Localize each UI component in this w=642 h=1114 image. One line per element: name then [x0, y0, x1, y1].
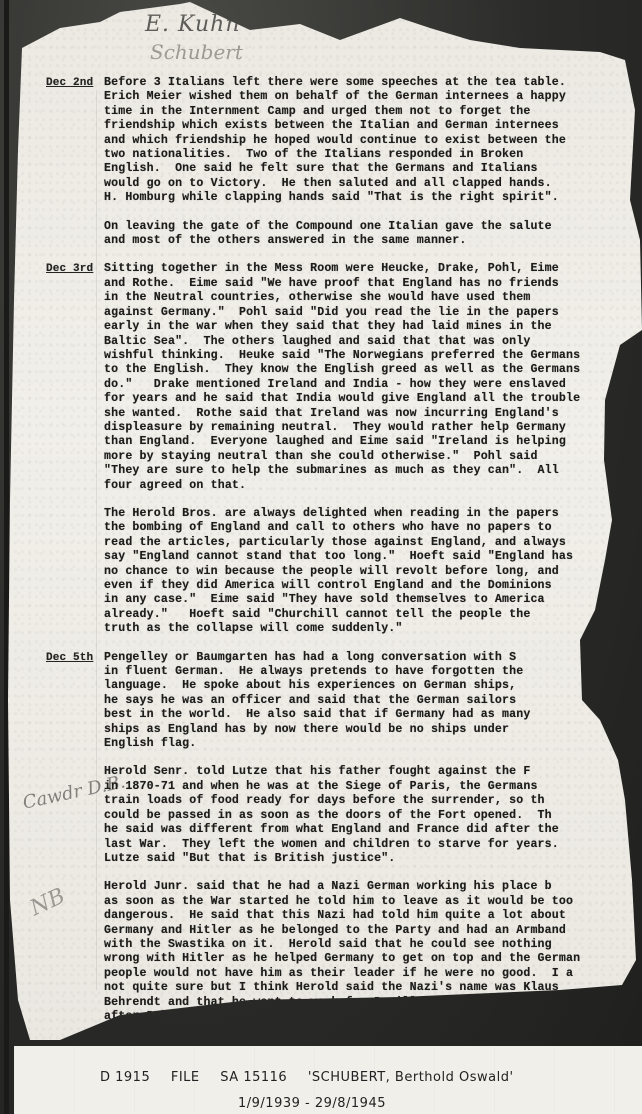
file-card-line-1: D 1915 FILE SA 15116 'SCHUBERT, Berthold… — [100, 1070, 530, 1085]
diary-entry: Dec 2ndBefore 3 Italians left there were… — [46, 76, 642, 206]
entry-paragraph: The Herold Bros. are always delighted wh… — [46, 507, 642, 637]
left-border — [4, 0, 9, 1114]
entry-date: Dec 3rd — [46, 262, 104, 493]
entry-body: Pengelley or Baumgarten has had a long c… — [104, 651, 642, 752]
entry-date: Dec 5th — [46, 651, 104, 752]
file-ref: D 1915 — [100, 1070, 150, 1085]
paragraph-gap — [46, 206, 642, 220]
paragraph-gap — [46, 751, 642, 765]
paragraph-gap — [46, 493, 642, 507]
entry-date: Dec 2nd — [46, 76, 104, 206]
file-subject: 'SCHUBERT, Berthold Oswald' — [308, 1070, 514, 1085]
file-date-range: 1/9/1939 - 29/8/1945 — [238, 1096, 386, 1111]
file-number: SA 15116 — [220, 1070, 287, 1085]
entry-paragraph: Herold Senr. told Lutze that his father … — [46, 765, 642, 866]
entry-paragraph: On leaving the gate of the Compound one … — [46, 220, 642, 249]
diary-entry: Dec 5thPengelley or Baumgarten has had a… — [46, 651, 642, 752]
entry-body: Sitting together in the Mess Room were H… — [104, 262, 642, 493]
file-label: FILE — [171, 1070, 200, 1085]
file-index-card: D 1915 FILE SA 15116 'SCHUBERT, Berthold… — [14, 1046, 642, 1114]
handwritten-name-top: Schubert — [150, 40, 243, 64]
typed-report: Dec 2ndBefore 3 Italians left there were… — [46, 76, 642, 1053]
entry-gap — [46, 248, 642, 262]
entry-body: Before 3 Italians left there were some s… — [104, 76, 642, 206]
diary-entry: Dec 3rdSitting together in the Mess Room… — [46, 262, 642, 493]
entry-gap — [46, 637, 642, 651]
paragraph-gap — [46, 866, 642, 880]
file-card-line-2: 1/9/1939 - 29/8/1945 — [238, 1096, 402, 1111]
typed-document-sheet: E. Kuhn Schubert Cawdr D.B. NB Dec 2ndBe… — [0, 0, 642, 1040]
